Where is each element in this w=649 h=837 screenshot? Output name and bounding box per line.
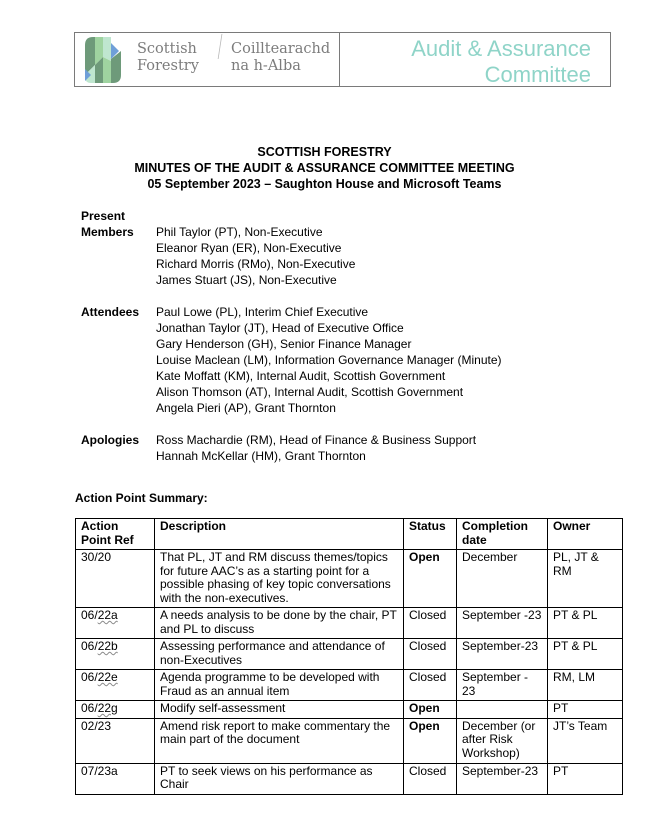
committee-title-line-1: Audit & Assurance <box>340 36 591 62</box>
action-ref: 06/22g <box>76 701 155 719</box>
table-row: 02/23Amend risk report to make commentar… <box>76 718 623 763</box>
header-ref-line-2: Point Ref <box>81 534 149 548</box>
logo-name-gd-2: na h-Alba <box>231 58 330 75</box>
action-status: Closed <box>404 639 457 670</box>
document-title: SCOTTISH FORESTRY MINUTES OF THE AUDIT &… <box>0 144 649 192</box>
members-list: Phil Taylor (PT), Non-Executive Eleanor … <box>156 224 355 288</box>
header-ref-line-1: Action <box>81 520 149 534</box>
action-owner: PT & PL <box>548 639 623 670</box>
member-item: James Stuart (JS), Non-Executive <box>156 272 355 288</box>
action-ref: 02/23 <box>76 718 155 763</box>
attendee-item: Alison Thomson (AT), Internal Audit, Sco… <box>156 384 502 400</box>
logo-cell: Scottish Forestry / Coilltearachd na h-A… <box>75 33 340 86</box>
action-rows: 30/20That PL, JT and RM discuss themes/t… <box>76 550 623 795</box>
header-status: Status <box>404 519 457 550</box>
table-row: 07/23aPT to seek views on his performanc… <box>76 763 623 794</box>
present-label: Present <box>81 208 134 224</box>
logo-name-gd-1: Coilltearachd <box>231 41 330 58</box>
action-owner: PT <box>548 763 623 794</box>
action-ref: 30/20 <box>76 550 155 608</box>
action-description: Assessing performance and attendance of … <box>155 639 404 670</box>
leaf-logo-icon <box>81 35 125 85</box>
action-status: Open <box>404 550 457 608</box>
committee-title-line-2: Committee <box>340 62 591 88</box>
action-completion-date: September-23 <box>457 763 548 794</box>
table-row: 30/20That PL, JT and RM discuss themes/t… <box>76 550 623 608</box>
attendees-list: Paul Lowe (PL), Interim Chief Executive … <box>156 304 502 416</box>
action-description: Modify self-assessment <box>155 701 404 719</box>
action-ref-text: 06/22a <box>81 608 118 622</box>
title-minutes: MINUTES OF THE AUDIT & ASSURANCE COMMITT… <box>0 160 649 176</box>
action-ref-text: 06/22g <box>81 701 118 715</box>
header-ref: Action Point Ref <box>76 519 155 550</box>
action-completion-date: September -23 <box>457 608 548 639</box>
action-status: Open <box>404 701 457 719</box>
action-ref-text: 06/22b <box>81 639 118 653</box>
action-ref: 06/22e <box>76 670 155 701</box>
attendee-item: Jonathan Taylor (JT), Head of Executive … <box>156 320 502 336</box>
action-point-summary-heading: Action Point Summary: <box>75 491 208 505</box>
action-ref: 06/22a <box>76 608 155 639</box>
attendee-item: Louise Maclean (LM), Information Governa… <box>156 352 502 368</box>
action-owner: JT’s Team <box>548 718 623 763</box>
action-completion-date: September - 23 <box>457 670 548 701</box>
title-date-location: 05 September 2023 – Saughton House and M… <box>0 176 649 192</box>
header-date-line-1: Completion <box>462 520 542 534</box>
header-date-line-2: date <box>462 534 542 548</box>
table-row: 06/22bAssessing performance and attendan… <box>76 639 623 670</box>
members-label: Members <box>81 224 134 240</box>
attendee-item: Gary Henderson (GH), Senior Finance Mana… <box>156 336 502 352</box>
header-completion-date: Completion date <box>457 519 548 550</box>
action-description: A needs analysis to be done by the chair… <box>155 608 404 639</box>
logo-name-en-2: Forestry <box>137 58 199 75</box>
attendee-item: Angela Pieri (AP), Grant Thornton <box>156 400 502 416</box>
action-owner: PT <box>548 701 623 719</box>
table-row: 06/22gModify self-assessmentOpenPT <box>76 701 623 719</box>
logo-divider: / <box>218 38 223 55</box>
logo-name-en-1: Scottish <box>137 41 199 58</box>
attendee-item: Paul Lowe (PL), Interim Chief Executive <box>156 304 502 320</box>
member-item: Eleanor Ryan (ER), Non-Executive <box>156 240 355 256</box>
action-description: PT to seek views on his performance as C… <box>155 763 404 794</box>
action-status: Closed <box>404 608 457 639</box>
action-description: Agenda programme to be developed with Fr… <box>155 670 404 701</box>
action-description: That PL, JT and RM discuss themes/topics… <box>155 550 404 608</box>
action-ref: 07/23a <box>76 763 155 794</box>
apology-item: Ross Machardie (RM), Head of Finance & B… <box>156 432 476 448</box>
document-header: Scottish Forestry / Coilltearachd na h-A… <box>74 32 611 87</box>
action-point-table: Action Point Ref Description Status Comp… <box>75 518 623 795</box>
attendee-item: Kate Moffatt (KM), Internal Audit, Scott… <box>156 368 502 384</box>
apology-item: Hannah McKellar (HM), Grant Thornton <box>156 448 476 464</box>
table-row: 06/22aA needs analysis to be done by the… <box>76 608 623 639</box>
action-description: Amend risk report to make commentary the… <box>155 718 404 763</box>
action-ref-text: 06/22e <box>81 670 118 684</box>
committee-title: Audit & Assurance Committee <box>340 33 610 86</box>
action-status: Closed <box>404 670 457 701</box>
action-completion-date <box>457 701 548 719</box>
header-description: Description <box>155 519 404 550</box>
action-status: Closed <box>404 763 457 794</box>
action-ref: 06/22b <box>76 639 155 670</box>
header-owner: Owner <box>548 519 623 550</box>
attendees-label: Attendees <box>81 304 139 320</box>
action-status: Open <box>404 718 457 763</box>
action-completion-date: December <box>457 550 548 608</box>
present-members-label: Present Members <box>81 208 134 240</box>
action-owner: PL, JT & RM <box>548 550 623 608</box>
action-owner: RM, LM <box>548 670 623 701</box>
action-completion-date: December (or after Risk Workshop) <box>457 718 548 763</box>
apologies-list: Ross Machardie (RM), Head of Finance & B… <box>156 432 476 464</box>
apologies-label: Apologies <box>81 432 139 448</box>
title-org: SCOTTISH FORESTRY <box>0 144 649 160</box>
member-item: Richard Morris (RMo), Non-Executive <box>156 256 355 272</box>
action-completion-date: September-23 <box>457 639 548 670</box>
action-owner: PT & PL <box>548 608 623 639</box>
member-item: Phil Taylor (PT), Non-Executive <box>156 224 355 240</box>
table-row: 06/22eAgenda programme to be developed w… <box>76 670 623 701</box>
table-header-row: Action Point Ref Description Status Comp… <box>76 519 623 550</box>
